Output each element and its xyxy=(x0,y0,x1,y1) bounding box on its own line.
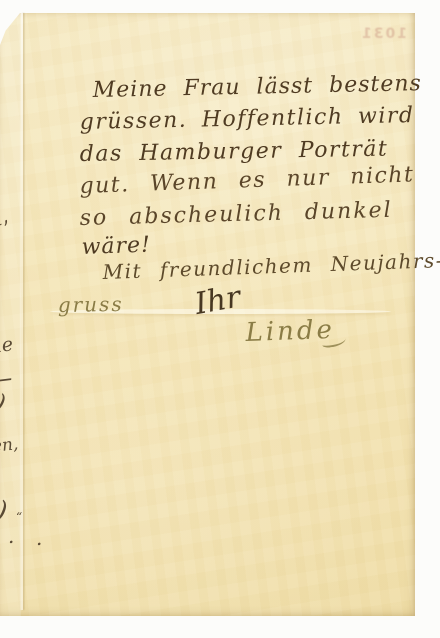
signature-prefix: Ihr xyxy=(193,283,243,320)
handwriting-line-6: wäre! xyxy=(81,235,151,259)
edge-fragment: . xyxy=(8,526,14,546)
edge-fragment: ale xyxy=(0,335,14,358)
faint-catalog-number: 1031 xyxy=(360,26,407,42)
edge-fragment: . xyxy=(36,528,42,548)
handwriting-line-3: das Hamburger Porträt xyxy=(80,139,389,166)
letter-photograph: a 1031 Meine Frau lässt bestens grüssen.… xyxy=(0,0,440,638)
closing-line-2: gruss xyxy=(58,294,124,315)
edge-fragment: hen, xyxy=(0,436,19,457)
edge-fragment: “ xyxy=(16,511,22,523)
